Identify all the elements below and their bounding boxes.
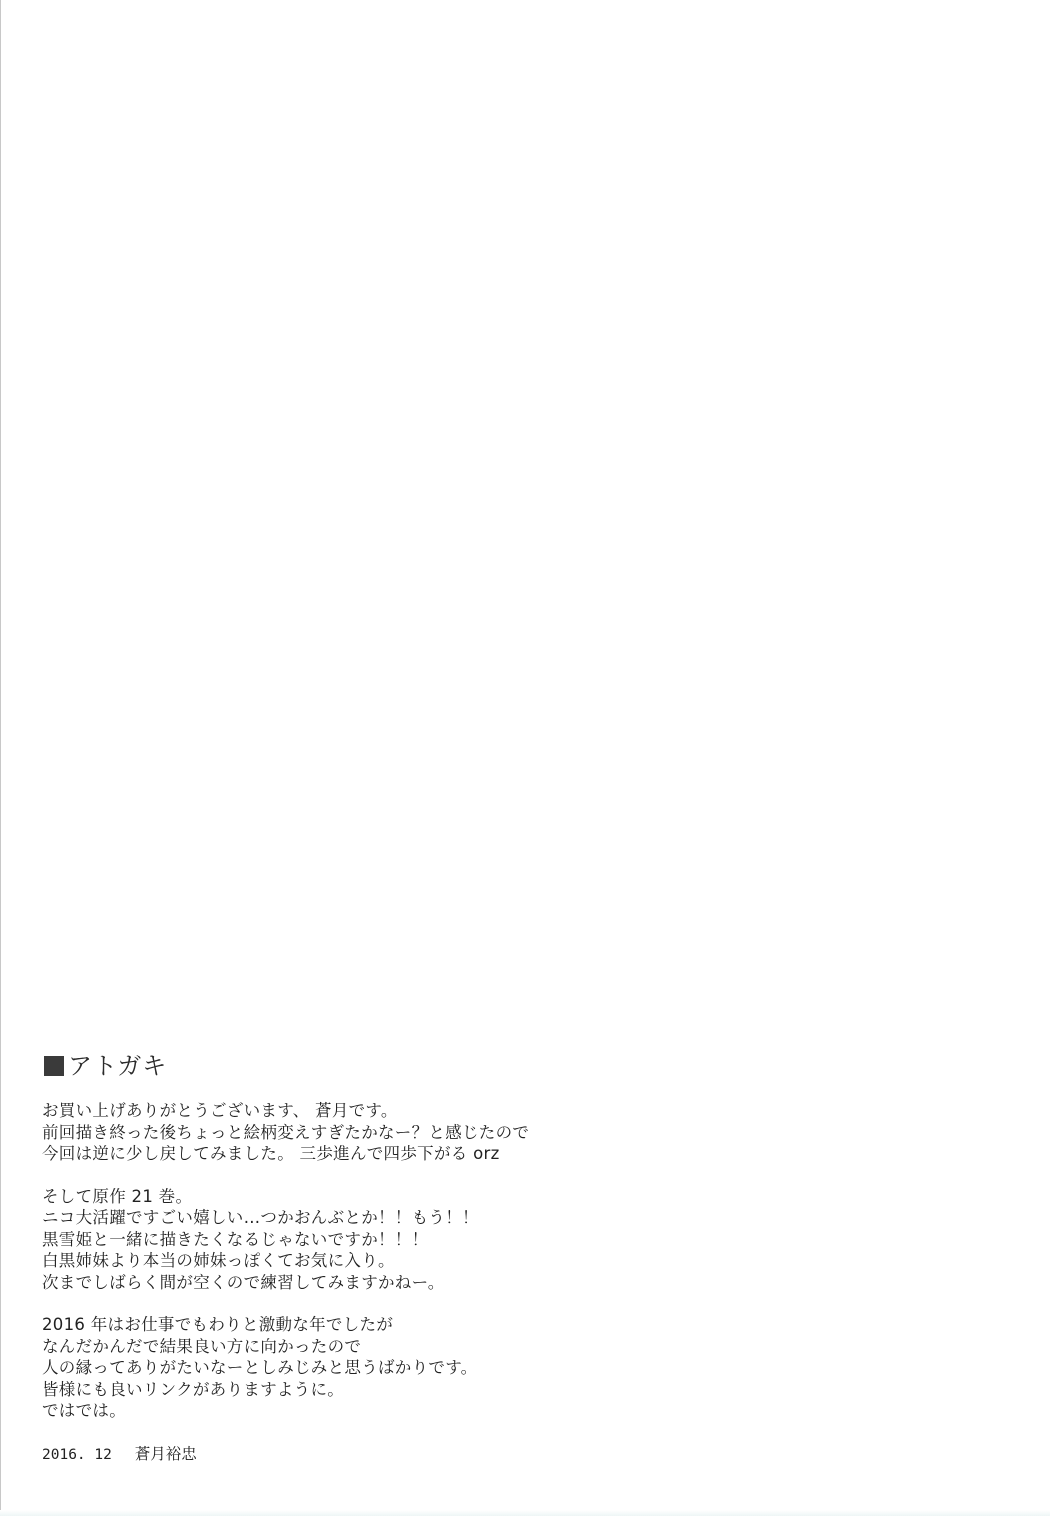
text-line: 白黒姉妹より本当の姉妹っぽくてお気に入り。 — [42, 1250, 742, 1272]
page-edge — [0, 0, 1, 1516]
text-line: お買い上げありがとうございます、 蒼月です。 — [42, 1100, 742, 1122]
text-line: 人の縁ってありがたいなーとしみじみと思うばかりです。 — [42, 1357, 742, 1379]
paragraph-year-review: 2016 年はお仕事でもわりと激動な年でしたが なんだかんだで結果良い方に向かっ… — [42, 1314, 742, 1422]
afterword-title: アトガキ — [68, 1049, 167, 1083]
text-line: 次までしばらく間が空くので練習してみますかねー。 — [42, 1272, 742, 1294]
afterword-heading: アトガキ — [42, 1048, 742, 1084]
text-line: 前回描き終った後ちょっと絵柄変えすぎたかなー？と感じたので — [42, 1122, 742, 1144]
text-line: 今回は逆に少し戻してみました。 三歩進んで四歩下がる orz — [42, 1143, 742, 1165]
page-edge-bottom — [0, 1510, 1050, 1516]
text-line: ではでは。 — [42, 1400, 742, 1422]
signature: 2016. 12 蒼月裕忠 — [42, 1443, 742, 1466]
paragraph-greeting: お買い上げありがとうございます、 蒼月です。 前回描き終った後ちょっと絵柄変えす… — [42, 1100, 742, 1165]
paragraph-original-work: そして原作 21 巻。 ニコ大活躍ですごい嬉しい…つかおんぶとか！！もう！！ 黒… — [42, 1186, 742, 1294]
afterword-section: アトガキ お買い上げありがとうございます、 蒼月です。 前回描き終った後ちょっと… — [42, 1048, 742, 1466]
text-line: 皆様にも良いリンクがありますように。 — [42, 1379, 742, 1401]
signature-date: 2016. 12 — [42, 1447, 112, 1463]
signature-author: 蒼月裕忠 — [135, 1445, 197, 1463]
text-line: 黒雪姫と一緒に描きたくなるじゃないですか！！！ — [42, 1229, 742, 1251]
text-line: なんだかんだで結果良い方に向かったので — [42, 1336, 742, 1358]
text-line: そして原作 21 巻。 — [42, 1186, 742, 1208]
text-line: ニコ大活躍ですごい嬉しい…つかおんぶとか！！もう！！ — [42, 1207, 742, 1229]
text-line: 2016 年はお仕事でもわりと激動な年でしたが — [42, 1314, 742, 1336]
black-square-icon — [44, 1056, 64, 1076]
